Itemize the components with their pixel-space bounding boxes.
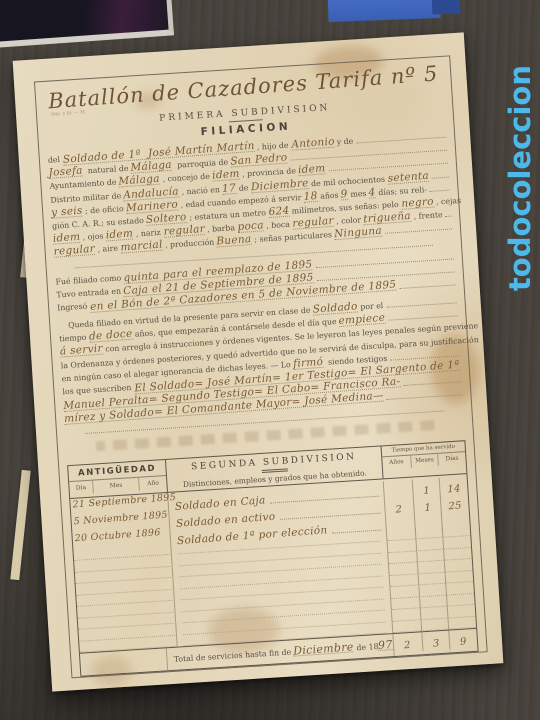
desk-photo-object [0, 0, 174, 49]
total-dias: 9 [449, 629, 478, 650]
dotted-leader [399, 275, 456, 289]
total-anos-value: 2 [404, 641, 411, 650]
dotted-leader [462, 359, 463, 369]
printed-text: , aire [95, 242, 121, 257]
total-year-hand: 97 [378, 640, 393, 651]
handwritten-fill: 18 [303, 192, 318, 203]
handwritten-fill: y seis [51, 206, 83, 218]
table-body: 21 Septiembre 1895Soldado en Caja1145 No… [70, 474, 476, 653]
double-rule [261, 468, 287, 473]
dotted-leader [481, 332, 482, 342]
dotted-leader [429, 180, 449, 191]
photo-of-document: Batallón de Cazadores Tarifa nº 5 Imp. y… [0, 0, 540, 720]
total-year-prefix: de 18 [354, 642, 379, 653]
handwritten-fill: 4 [369, 188, 377, 198]
printed-text: del [48, 153, 63, 167]
handwritten-fill: 17 [222, 184, 237, 195]
meses-column-label: Meses [410, 453, 438, 467]
printed-border-frame: Batallón de Cazadores Tarifa nº 5 Imp. y… [34, 55, 488, 678]
handwritten-fill: 624 [268, 207, 290, 219]
handwritten-fill: poca [237, 221, 264, 233]
service-record-table: ANTIGÜEDAD Día Mes Año SEGUNDA SUBDIVISI… [67, 440, 479, 677]
anos-column-label: Años [382, 455, 410, 469]
total-month-hand: Diciembre [293, 642, 354, 656]
printed-text: Ingresó [57, 299, 90, 314]
total-values: 2 3 9 [392, 629, 477, 656]
total-meses: 3 [421, 631, 450, 652]
dias-column-label: Días [437, 452, 465, 466]
total-dias-value: 9 [460, 637, 467, 646]
dotted-leader [464, 193, 465, 203]
dia-column-label: Día [69, 480, 94, 494]
total-row-ant-cell [80, 648, 169, 675]
todocoleccion-watermark: todocoleccion [500, 28, 540, 328]
antiguedad-column-header: ANTIGÜEDAD Día Mes Año [68, 460, 168, 498]
dotted-leader [445, 207, 451, 217]
under-sheet-edge [10, 470, 30, 580]
document-paper: Batallón de Cazadores Tarifa nº 5 Imp. y… [13, 32, 504, 691]
desk-blue-object-shadow [432, 0, 461, 14]
dotted-leader [431, 167, 449, 178]
total-label: Total de servicios hasta fin de [174, 647, 294, 664]
total-anos: 2 [393, 632, 422, 653]
dotted-leader [403, 372, 462, 386]
dotted-leader [386, 293, 457, 307]
handwritten-fill: 9 [341, 190, 349, 200]
desk-blue-object [327, 0, 440, 22]
watermark-text: todocoleccion [503, 65, 537, 291]
mes-column-label: Mes [93, 477, 140, 493]
total-meses-value: 3 [432, 639, 439, 648]
printed-text: de [236, 181, 251, 195]
tiempo-column-header: Tiempo que ha servido Años Meses Días [381, 441, 467, 478]
dotted-leader [481, 318, 482, 328]
ano-column-label: Año [139, 476, 166, 491]
